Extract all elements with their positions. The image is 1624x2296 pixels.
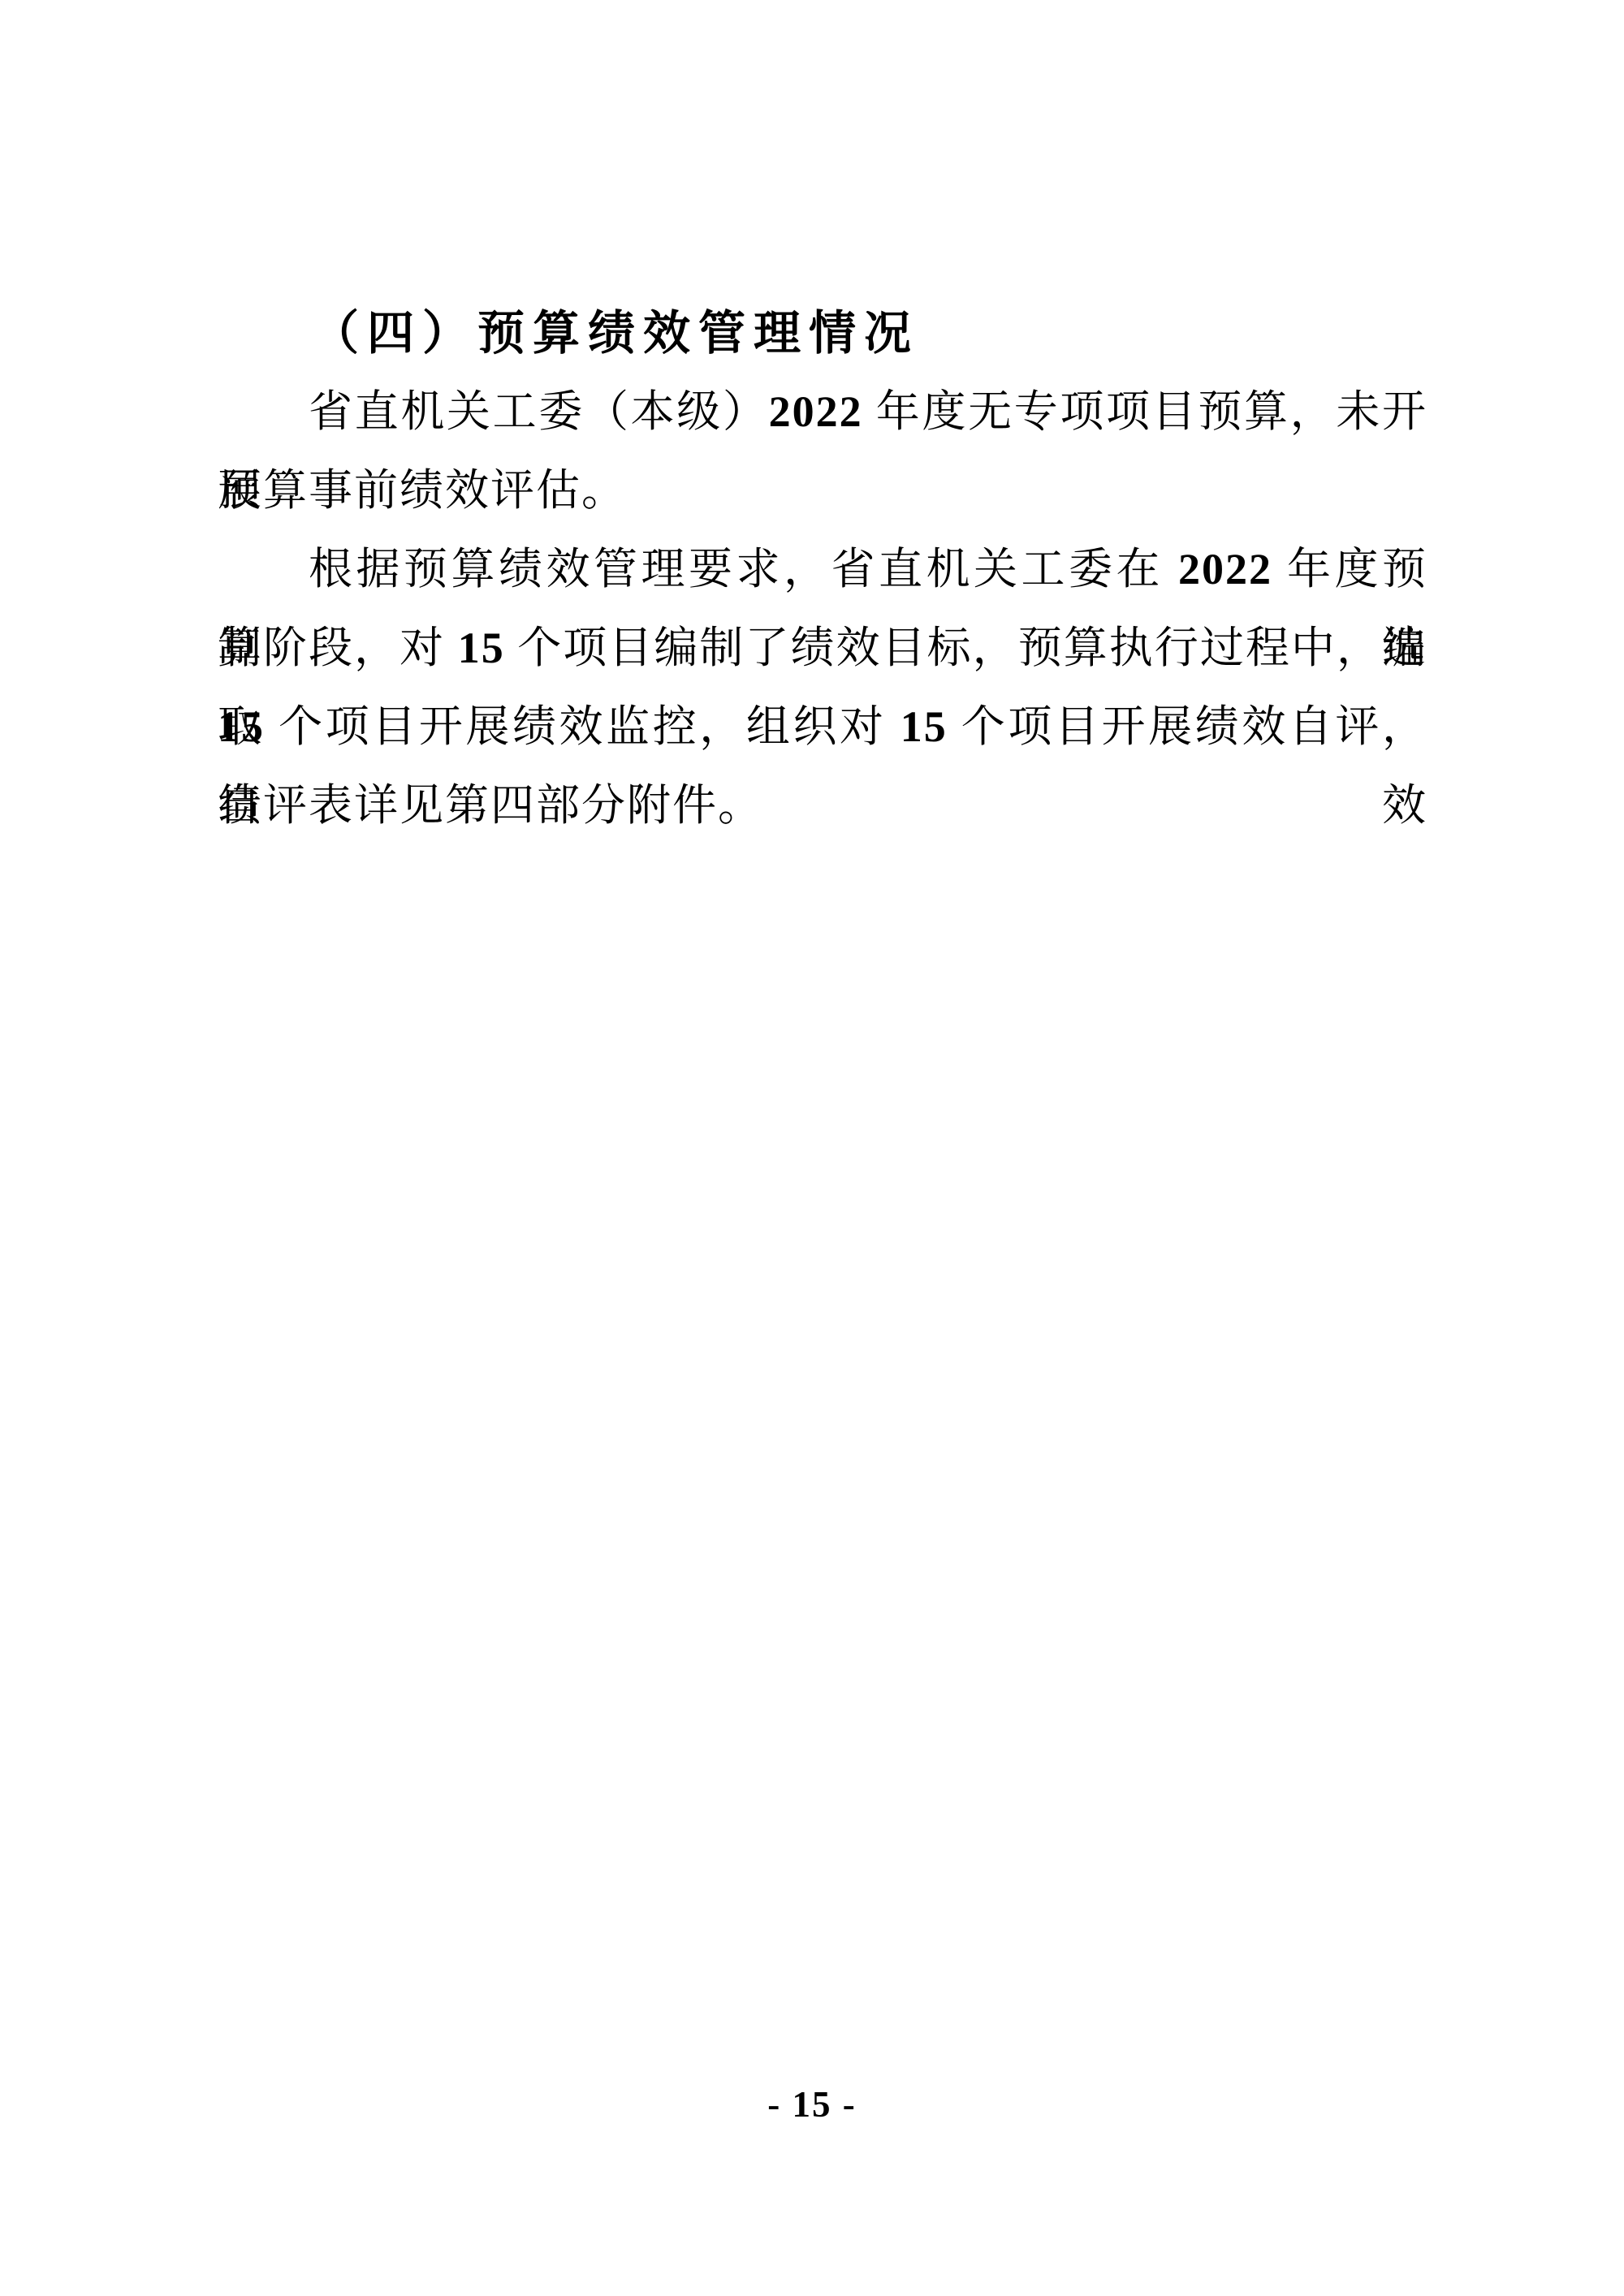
text-content: （四）预算绩效管理情况 省直机关工委（本级）2022 年度无专项项目预算，未开展…: [218, 294, 1427, 845]
section-heading: （四）预算绩效管理情况: [218, 294, 1427, 373]
paragraph-1-line-1: 省直机关工委（本级）2022 年度无专项项目预算，未开展: [218, 373, 1427, 451]
paragraph-2-line-1: 根据预算绩效管理要求，省直机关工委在 2022 年度预算编: [218, 530, 1427, 609]
paragraph-1-line-2: 预算事前绩效评估。: [218, 451, 1427, 530]
paragraph-2-line-2: 制阶段，对 15 个项目编制了绩效目标，预算执行过程中，选取: [218, 609, 1427, 688]
paragraph-2-line-3: 15 个项目开展绩效监控，组织对 15 个项目开展绩效自评，绩效: [218, 688, 1427, 766]
document-page: （四）预算绩效管理情况 省直机关工委（本级）2022 年度无专项项目预算，未开展…: [0, 0, 1624, 2296]
page-number: - 15 -: [0, 2083, 1624, 2126]
